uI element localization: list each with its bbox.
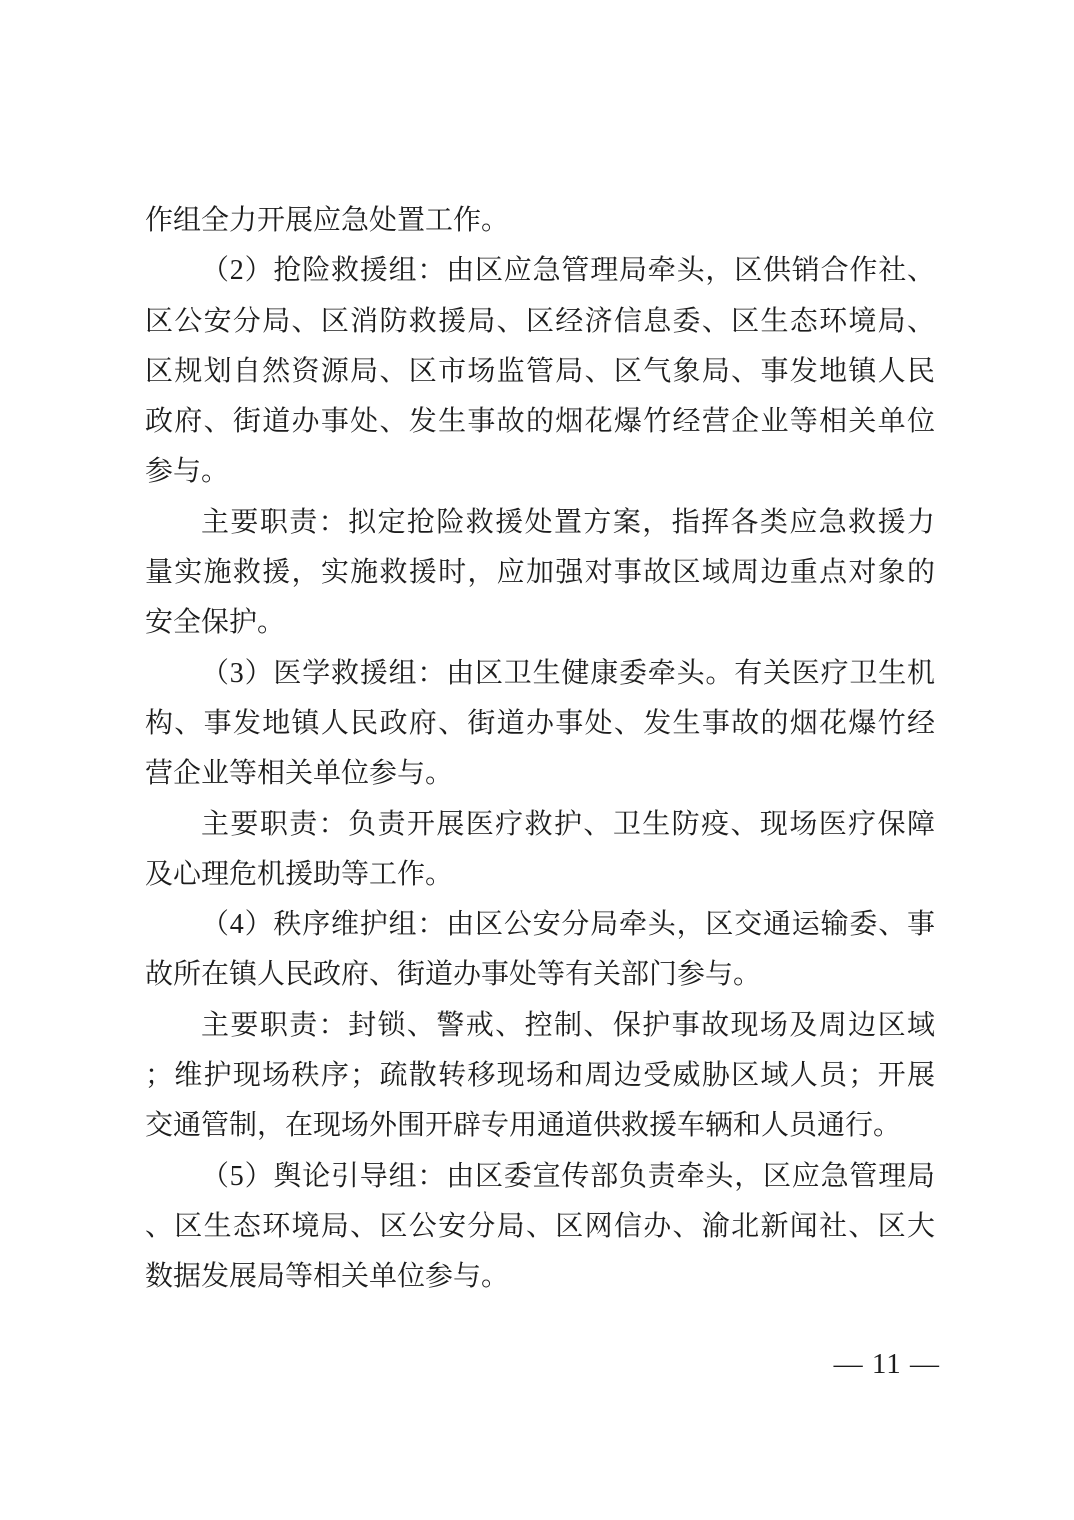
text-line: 营企业等相关单位参与。 [145, 749, 935, 799]
text-line: （3）医学救援组：由区卫生健康委牵头。有关医疗卫生机 [145, 649, 935, 699]
text-line: 区规划自然资源局、区市场监管局、区气象局、事发地镇人民 [145, 347, 935, 397]
text-line: 作组全力开展应急处置工作。 [145, 196, 935, 246]
text-line: 主要职责：拟定抢险救援处置方案，指挥各类应急救援力 [145, 498, 935, 548]
text-line: 主要职责：负责开展医疗救护、卫生防疫、现场医疗保障 [145, 800, 935, 850]
text-line: 参与。 [145, 447, 935, 497]
text-line: 交通管制，在现场外围开辟专用通道供救援车辆和人员通行。 [145, 1101, 935, 1151]
page-number: — 11 — [834, 1348, 940, 1381]
text-line: 构、事发地镇人民政府、街道办事处、发生事故的烟花爆竹经 [145, 699, 935, 749]
document-body: 作组全力开展应急处置工作。（2）抢险救援组：由区应急管理局牵头，区供销合作社、区… [145, 196, 935, 1303]
text-line: 区公安分局、区消防救援局、区经济信息委、区生态环境局、 [145, 297, 935, 347]
text-line: 数据发展局等相关单位参与。 [145, 1252, 935, 1302]
text-line: （4）秩序维护组：由区公安分局牵头，区交通运输委、事 [145, 900, 935, 950]
text-line: 及心理危机援助等工作。 [145, 850, 935, 900]
text-line: 主要职责：封锁、警戒、控制、保护事故现场及周边区域 [145, 1001, 935, 1051]
text-line: ；维护现场秩序；疏散转移现场和周边受威胁区域人员；开展 [145, 1051, 935, 1101]
text-line: （5）舆论引导组：由区委宣传部负责牵头，区应急管理局 [145, 1152, 935, 1202]
text-line: 安全保护。 [145, 598, 935, 648]
text-line: 政府、街道办事处、发生事故的烟花爆竹经营企业等相关单位 [145, 397, 935, 447]
text-line: 、区生态环境局、区公安分局、区网信办、渝北新闻社、区大 [145, 1202, 935, 1252]
text-line: （2）抢险救援组：由区应急管理局牵头，区供销合作社、 [145, 246, 935, 296]
text-line: 故所在镇人民政府、街道办事处等有关部门参与。 [145, 950, 935, 1000]
document-page: 作组全力开展应急处置工作。（2）抢险救援组：由区应急管理局牵头，区供销合作社、区… [0, 0, 1074, 1520]
text-line: 量实施救援，实施救援时，应加强对事故区域周边重点对象的 [145, 548, 935, 598]
